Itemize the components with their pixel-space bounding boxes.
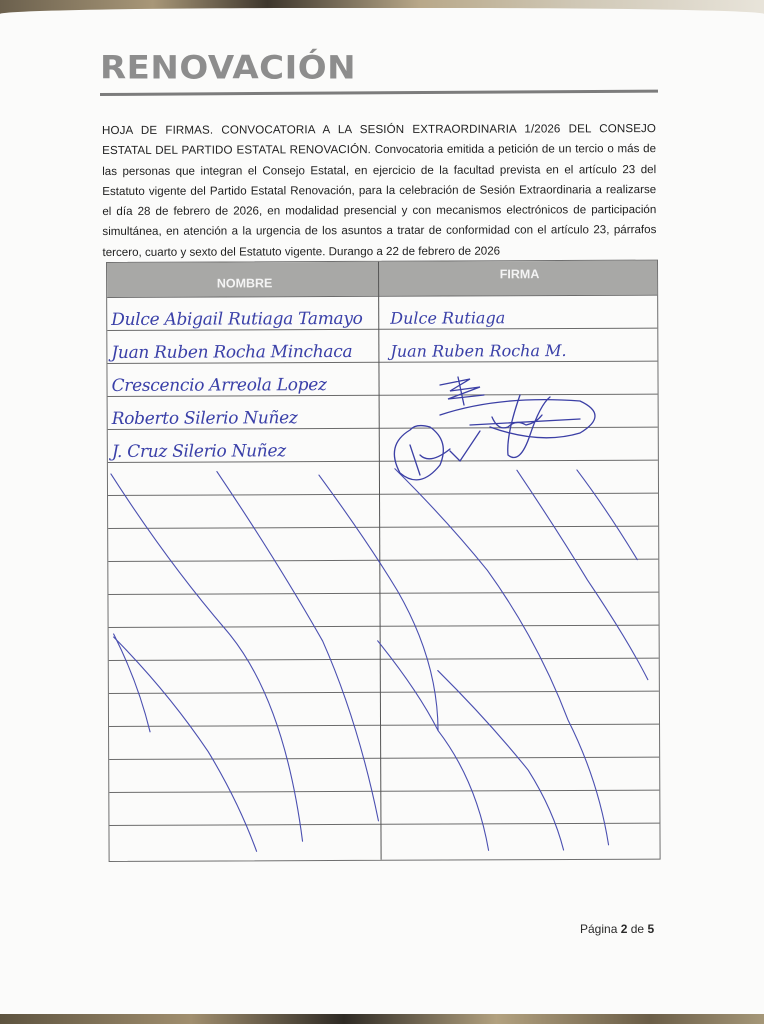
cell-nombre <box>109 693 384 726</box>
cell-firma <box>383 461 658 494</box>
table-body: Dulce Abigail Rutiaga TamayoDulce Rutiag… <box>107 295 659 861</box>
party-logo-text: RENOVACIÓN <box>100 49 356 87</box>
cell-nombre <box>109 660 384 693</box>
cell-nombre: Dulce Abigail Rutiaga Tamayo <box>107 297 382 330</box>
cell-firma <box>383 395 658 428</box>
table-row <box>109 658 659 693</box>
cell-firma <box>384 659 659 692</box>
cell-nombre <box>108 528 383 561</box>
cell-firma <box>383 560 658 593</box>
cell-nombre <box>108 561 383 594</box>
handwritten-signature: Juan Ruben Rocha M. <box>390 341 566 361</box>
table-row: Roberto Silerio Nuñez <box>108 394 658 429</box>
cell-firma <box>384 626 659 659</box>
cell-firma <box>384 692 659 725</box>
table-row <box>108 526 658 561</box>
handwritten-name: Roberto Silerio Nuñez <box>112 408 298 429</box>
table-row <box>108 559 658 594</box>
cell-nombre <box>109 726 384 759</box>
handwritten-name: Juan Ruben Rocha Minchaca <box>111 342 352 363</box>
handwritten-name: Crescencio Arreola Lopez <box>111 375 326 396</box>
column-header-nombre: NOMBRE <box>107 262 382 297</box>
cell-firma <box>383 593 658 626</box>
cell-nombre <box>108 594 383 627</box>
page-current: 2 <box>621 922 628 936</box>
document-intro-paragraph: HOJA DE FIRMAS. CONVOCATORIA A LA SESIÓN… <box>102 119 656 263</box>
cell-firma: Dulce Rutiaga <box>382 296 657 329</box>
cell-firma <box>384 791 659 824</box>
cell-firma <box>383 527 658 560</box>
column-header-firma: FIRMA <box>382 261 657 296</box>
cell-firma <box>384 725 659 758</box>
intro-body: Convocatoria emitida a petición de un te… <box>102 142 656 258</box>
cell-nombre <box>108 495 383 528</box>
table-row <box>109 790 659 825</box>
cell-nombre <box>109 759 384 792</box>
countertop-background-bottom <box>0 1014 764 1024</box>
table-row <box>109 691 659 726</box>
cell-nombre: Crescencio Arreola Lopez <box>107 363 382 396</box>
page-of: de <box>631 922 644 936</box>
cell-nombre: Juan Ruben Rocha Minchaca <box>107 330 382 363</box>
table-row: Juan Ruben Rocha MinchacaJuan Ruben Roch… <box>107 328 657 363</box>
table-row <box>109 823 659 858</box>
handwritten-signature: Dulce Rutiaga <box>390 308 505 328</box>
cell-firma: Juan Ruben Rocha M. <box>382 329 657 362</box>
page-label: Página <box>580 922 617 936</box>
table-row <box>108 592 658 627</box>
table-row: J. Cruz Silerio Nuñez <box>108 427 658 462</box>
cell-nombre <box>109 627 384 660</box>
cell-firma <box>383 428 658 461</box>
cell-firma <box>382 362 657 395</box>
page-number: Página 2 de 5 <box>580 922 654 936</box>
cell-nombre: J. Cruz Silerio Nuñez <box>108 429 383 462</box>
cell-nombre <box>109 825 384 858</box>
handwritten-name: Dulce Abigail Rutiaga Tamayo <box>111 309 362 330</box>
cell-nombre: Roberto Silerio Nuñez <box>108 396 383 429</box>
cell-firma <box>384 758 659 791</box>
table-row: Crescencio Arreola Lopez <box>107 361 657 396</box>
cell-firma <box>383 494 658 527</box>
handwritten-name: J. Cruz Silerio Nuñez <box>112 441 286 462</box>
table-row <box>109 625 659 660</box>
table-header: NOMBRE FIRMA <box>107 261 657 297</box>
table-row <box>108 493 658 528</box>
signature-table: NOMBRE FIRMA Dulce Abigail Rutiaga Tamay… <box>106 260 661 862</box>
cell-nombre <box>109 792 384 825</box>
table-row: Dulce Abigail Rutiaga TamayoDulce Rutiag… <box>107 295 657 330</box>
table-row <box>109 724 659 759</box>
cell-firma <box>384 824 659 857</box>
page-total: 5 <box>647 922 654 936</box>
table-row <box>108 460 658 495</box>
table-row <box>109 757 659 792</box>
cell-nombre <box>108 462 383 495</box>
